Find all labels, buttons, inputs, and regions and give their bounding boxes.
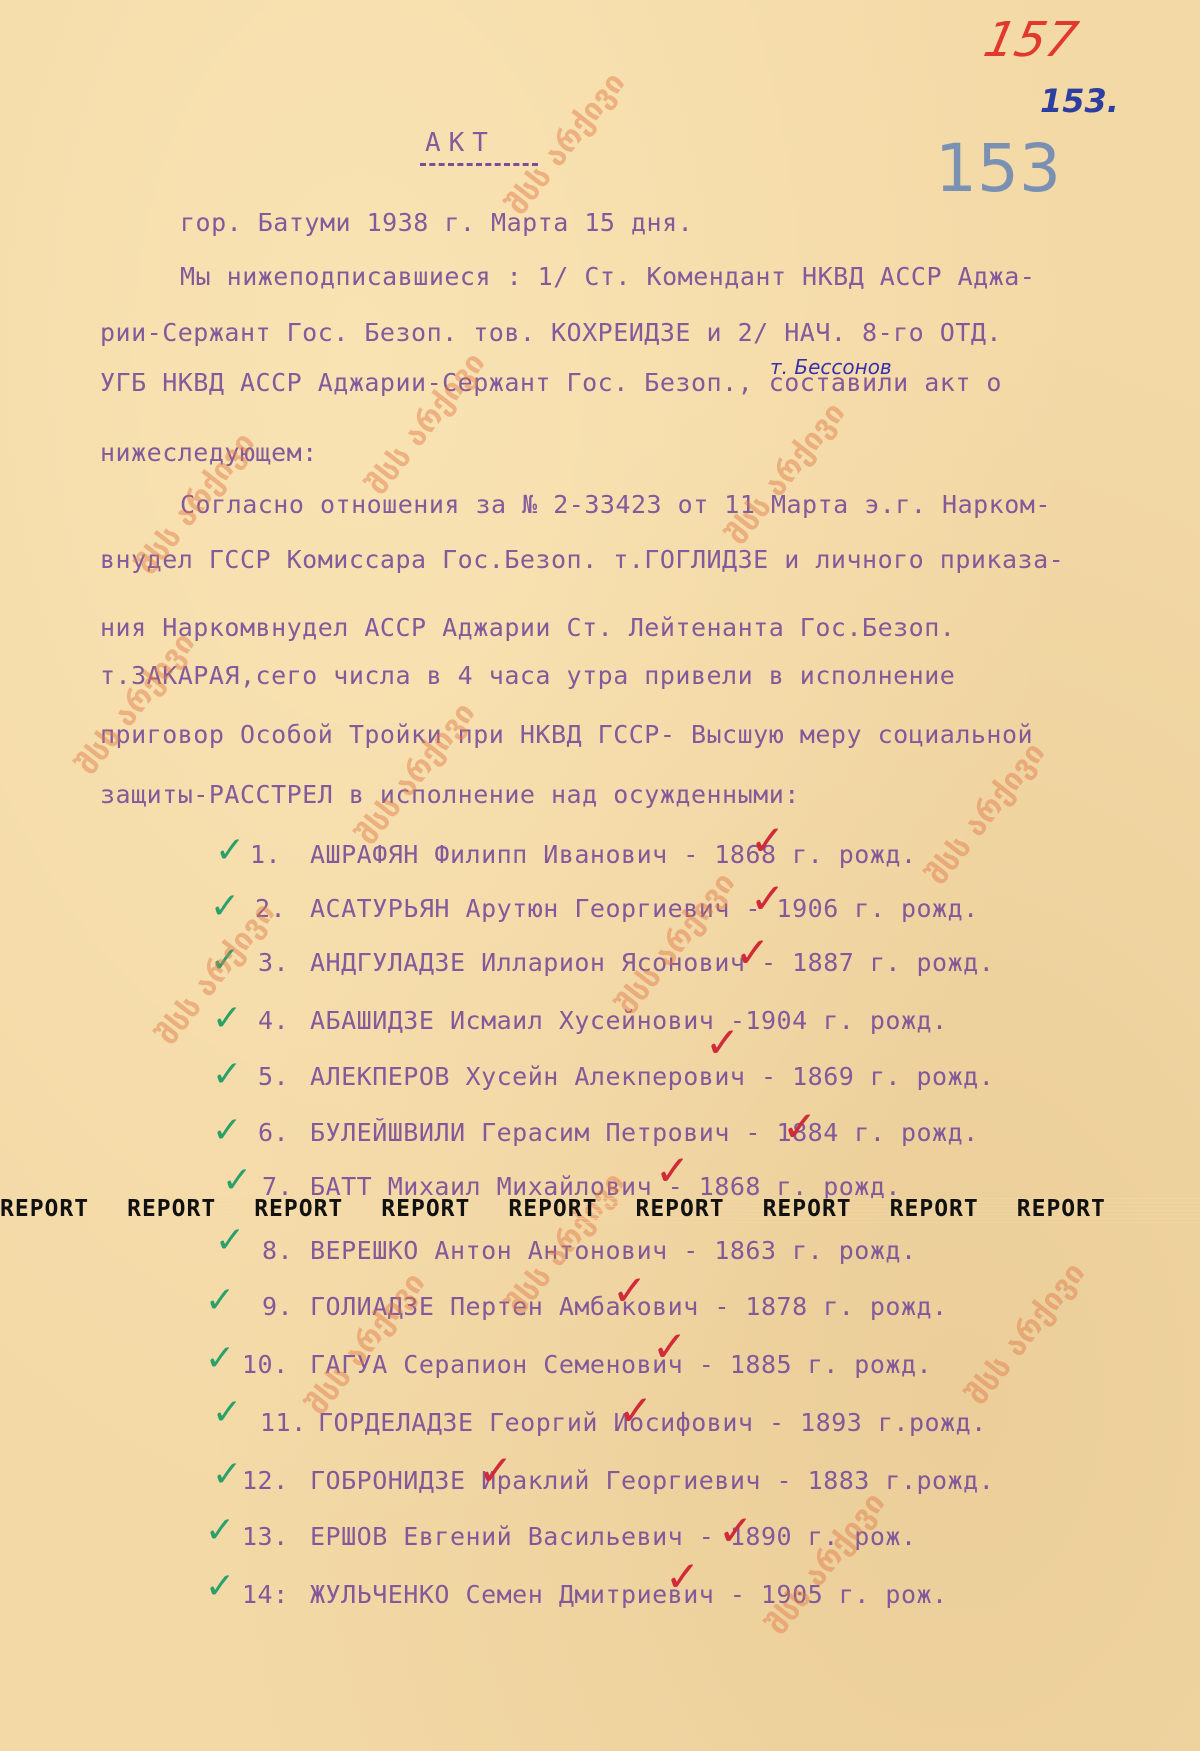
list-item: ✓ 6. БУЛЕЙШВИЛИ Герасим Петрович - 1884 … xyxy=(0,1114,1200,1154)
green-check-icon: ✓ xyxy=(205,1280,235,1321)
item-text: АЛЕКПЕРОВ Хусейн Алекперович - 1869 г. р… xyxy=(310,1062,994,1091)
green-check-icon: ✓ xyxy=(212,1054,242,1095)
report-label: REPORT xyxy=(508,1196,597,1222)
report-label: REPORT xyxy=(381,1196,470,1222)
list-item: ✓ 1. АШРАФЯН Филипп Иванович - 1868 г. р… xyxy=(0,836,1200,876)
report-banner: REPORTREPORTREPORTREPORTREPORTREPORTREPO… xyxy=(0,1196,1200,1226)
red-check-icon: ✓ xyxy=(750,874,785,923)
list-item: ✓ 10. ГАГУА Серапион Семенович - 1885 г.… xyxy=(0,1346,1200,1386)
report-label: REPORT xyxy=(763,1196,852,1222)
list-item: ✓ 4. АБАШИДЗЕ Исмаил Хусейнович -1904 г.… xyxy=(0,1002,1200,1042)
handwritten-insert: т. Бессонов xyxy=(770,355,892,379)
red-check-icon: ✓ xyxy=(735,928,770,977)
paragraph1-line: нижеследующем: xyxy=(100,438,318,467)
green-check-icon: ✓ xyxy=(212,998,242,1039)
report-label: REPORT xyxy=(127,1196,216,1222)
red-check-icon: ✓ xyxy=(652,1322,687,1371)
watermark-stamp: შსს არქივი xyxy=(760,1486,892,1641)
green-check-icon: ✓ xyxy=(212,1392,242,1433)
item-number: 13. xyxy=(242,1522,289,1551)
item-text: БУЛЕЙШВИЛИ Герасим Петрович - 1884 г. ро… xyxy=(310,1118,979,1147)
report-label: REPORT xyxy=(635,1196,724,1222)
list-item: ✓ 9. ГОЛИАДЗЕ Пертен Амбакович - 1878 г.… xyxy=(0,1288,1200,1328)
list-item: ✓ 14: ЖУЛЬЧЕНКО Семен Дмитриевич - 1905 … xyxy=(0,1576,1200,1616)
item-number: 3. xyxy=(258,948,289,977)
red-check-icon: ✓ xyxy=(665,1552,700,1601)
green-check-icon: ✓ xyxy=(205,1338,235,1379)
green-check-icon: ✓ xyxy=(205,1566,235,1607)
item-text: ВЕРЕШКО Антон Антонович - 1863 г. рожд. xyxy=(310,1236,917,1265)
item-number: 11. xyxy=(260,1408,307,1437)
paragraph1-line: Мы нижеподписавшиеся : 1/ Ст. Комендант … xyxy=(180,262,1035,291)
title-underline xyxy=(420,163,538,166)
folio-number-pencil: 153 xyxy=(935,130,1061,207)
red-check-icon: ✓ xyxy=(750,816,785,865)
list-item: ✓ 13. ЕРШОВ Евгений Васильевич - 1890 г.… xyxy=(0,1518,1200,1558)
paragraph2-line: внудел ГССР Комиссара Гос.Безоп. т.ГОГЛИ… xyxy=(100,545,1064,574)
item-number: 14: xyxy=(242,1580,289,1609)
red-check-icon: ✓ xyxy=(612,1266,647,1315)
item-text: ГОБРОНИДЗЕ Ираклий Георгиевич - 1883 г.р… xyxy=(310,1466,994,1495)
item-number: 1. xyxy=(250,840,281,869)
red-check-icon: ✓ xyxy=(618,1386,653,1435)
item-number: 10. xyxy=(242,1350,289,1379)
watermark-stamp: შსს არქივი xyxy=(70,626,202,781)
item-number: 6. xyxy=(258,1118,289,1147)
green-check-icon: ✓ xyxy=(210,886,240,927)
item-text: АБАШИДЗЕ Исмаил Хусейнович -1904 г. рожд… xyxy=(310,1006,948,1035)
red-check-icon: ✓ xyxy=(655,1146,690,1195)
report-label: REPORT xyxy=(254,1196,343,1222)
red-check-icon: ✓ xyxy=(718,1506,753,1555)
paragraph2-line: приговор Особой Тройки при НКВД ГССР- Вы… xyxy=(100,720,1033,749)
watermark-stamp: შსს არქივი xyxy=(960,1256,1092,1411)
document-title: АКТ xyxy=(425,128,496,158)
watermark-stamp: შსს არქივი xyxy=(500,66,632,221)
paragraph2-line: защиты-РАССТРЕЛ в исполнение над осужден… xyxy=(100,780,800,809)
item-number: 5. xyxy=(258,1062,289,1091)
red-check-icon: ✓ xyxy=(478,1446,513,1495)
report-label: REPORT xyxy=(890,1196,979,1222)
item-number: 2. xyxy=(255,894,286,923)
green-check-icon: ✓ xyxy=(205,1510,235,1551)
green-check-icon: ✓ xyxy=(210,940,240,981)
item-text: АСАТУРЬЯН Арутюн Георгиевич - 1906 г. ро… xyxy=(310,894,979,923)
item-text: ЖУЛЬЧЕНКО Семен Дмитриевич - 1905 г. рож… xyxy=(310,1580,948,1609)
item-number: 8. xyxy=(262,1236,293,1265)
item-number: 9. xyxy=(262,1292,293,1321)
list-item: ✓ 11. ГОРДЕЛАДЗЕ Георгий Иосифович - 189… xyxy=(0,1404,1200,1444)
folio-number-red: 157 xyxy=(979,12,1083,68)
item-text: АШРАФЯН Филипп Иванович - 1868 г. рожд. xyxy=(310,840,917,869)
paragraph2-line: т.ЗАКАРАЯ,сего числа в 4 часа утра приве… xyxy=(100,661,955,690)
watermark-stamp: შსს არქივი xyxy=(720,396,852,551)
item-text: ГАГУА Серапион Семенович - 1885 г. рожд. xyxy=(310,1350,932,1379)
report-label: REPORT xyxy=(1017,1196,1106,1222)
paragraph2-line: ния Наркомвнудел АССР Аджарии Ст. Лейтен… xyxy=(100,613,955,642)
list-item: ✓ 3. АНДГУЛАДЗЕ Илларион Ясонович - 1887… xyxy=(0,944,1200,984)
green-check-icon: ✓ xyxy=(212,1454,242,1495)
paragraph2-line: Согласно отношения за № 2-33423 от 11 Ма… xyxy=(180,490,1051,519)
green-check-icon: ✓ xyxy=(215,1220,245,1261)
report-label: REPORT xyxy=(0,1196,89,1222)
list-item: ✓ 8. ВЕРЕШКО Антон Антонович - 1863 г. р… xyxy=(0,1232,1200,1272)
green-check-icon: ✓ xyxy=(215,830,245,871)
red-check-icon: ✓ xyxy=(782,1102,817,1151)
green-check-icon: ✓ xyxy=(212,1110,242,1151)
list-item: ✓ 5. АЛЕКПЕРОВ Хусейн Алекперович - 1869… xyxy=(0,1058,1200,1098)
paragraph1-line: рии-Сержант Гос. Безоп. тов. КОХРЕИДЗЕ и… xyxy=(100,318,1002,347)
list-item: ✓ 2. АСАТУРЬЯН Арутюн Георгиевич - 1906 … xyxy=(0,890,1200,930)
item-number: 4. xyxy=(258,1006,289,1035)
list-item: ✓ 12. ГОБРОНИДЗЕ Ираклий Георгиевич - 18… xyxy=(0,1462,1200,1502)
item-text: ЕРШОВ Евгений Васильевич - 1890 г. рож. xyxy=(310,1522,917,1551)
red-check-icon: ✓ xyxy=(705,1018,740,1067)
item-text: АНДГУЛАДЗЕ Илларион Ясонович - 1887 г. р… xyxy=(310,948,994,977)
green-check-icon: ✓ xyxy=(222,1160,252,1201)
folio-number-blue: 153. xyxy=(1040,82,1119,120)
item-number: 12. xyxy=(242,1466,289,1495)
place-date: гор. Батуми 1938 г. Марта 15 дня. xyxy=(180,208,693,237)
